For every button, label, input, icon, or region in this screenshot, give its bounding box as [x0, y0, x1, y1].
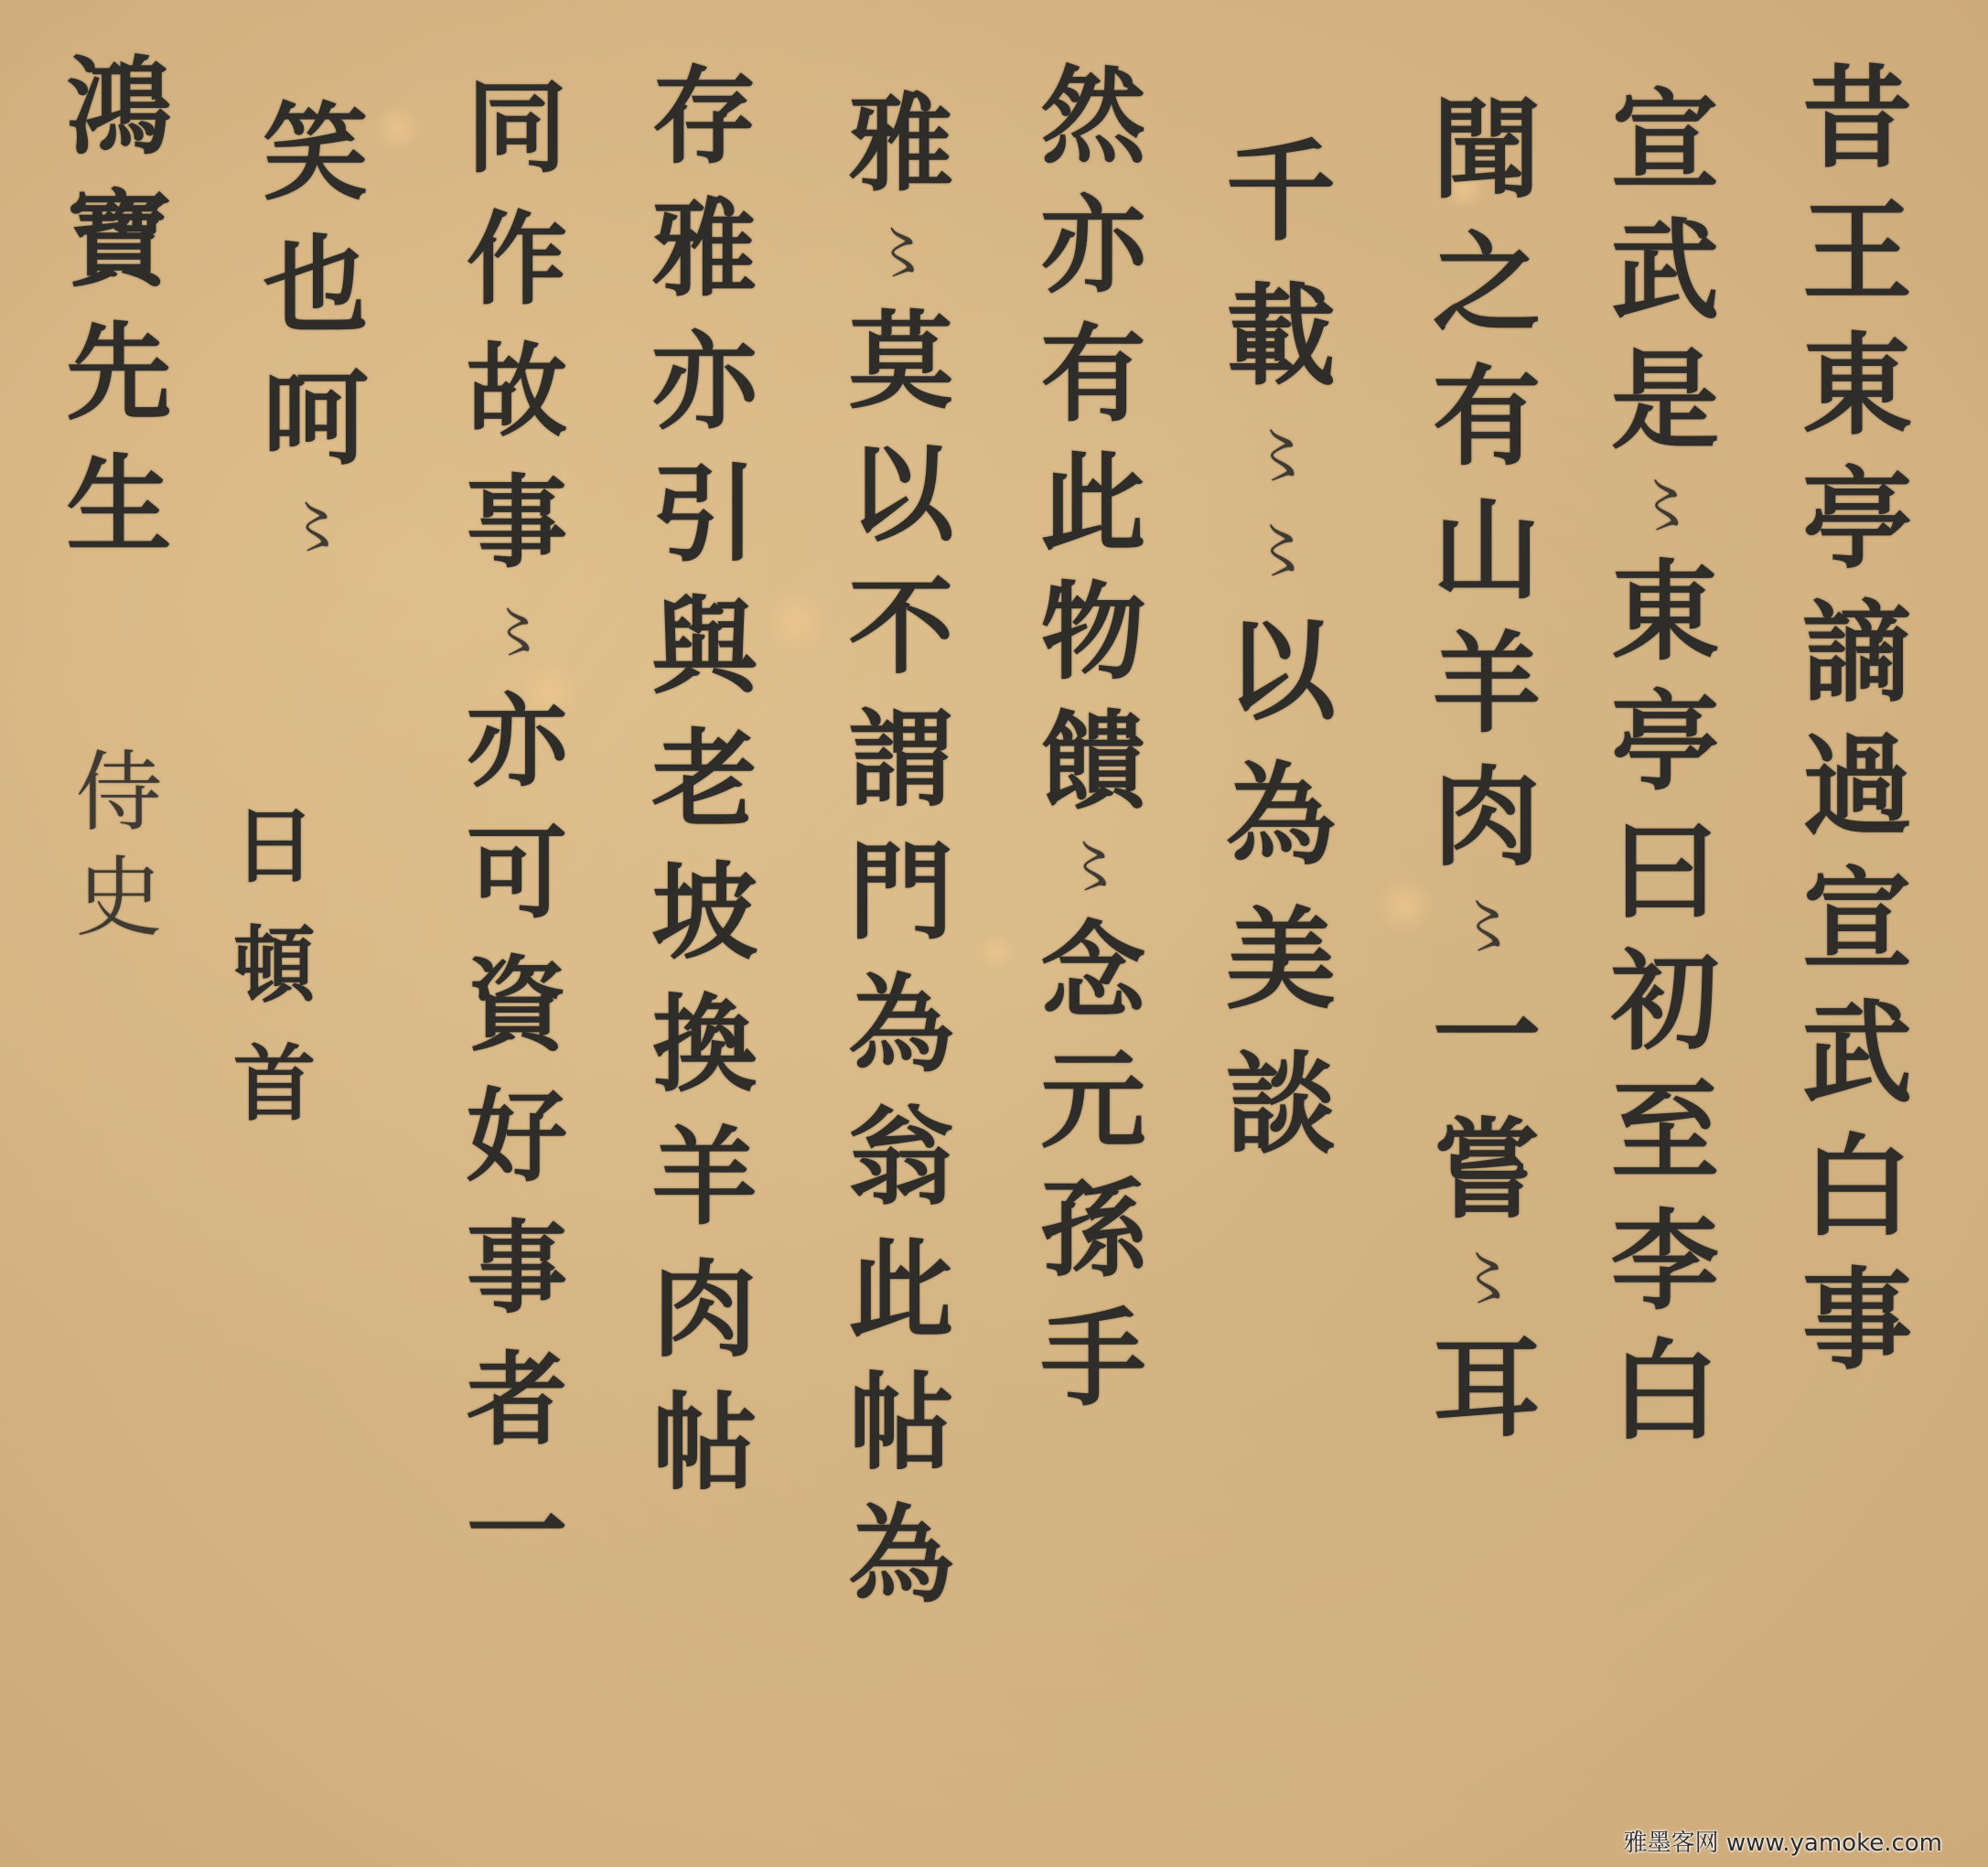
calligraphy-character: 事	[467, 473, 567, 574]
calligraphy-column: 同作故事〻亦可資好事者一	[467, 78, 567, 1614]
calligraphy-character: 事	[467, 1218, 567, 1319]
calligraphy-character: 與	[652, 595, 758, 700]
calligraphy-character: 坡	[652, 860, 758, 965]
calligraphy-character: 武	[1802, 999, 1912, 1109]
calligraphy-character: 有	[1433, 363, 1541, 471]
calligraphy-character: 謫	[1802, 598, 1912, 708]
calligraphy-character: 日	[233, 805, 316, 887]
site-watermark: 雅墨客网 www.yamoke.com	[1624, 1824, 1942, 1858]
calligraphy-character: 不	[849, 574, 954, 680]
calligraphy-column: 千載〻〻以為美談	[1226, 137, 1336, 1195]
paper-stain	[768, 585, 823, 659]
calligraphy-character: 也	[263, 233, 369, 338]
calligraphy-character: 亦	[652, 329, 758, 435]
calligraphy-character: 元	[1041, 1048, 1146, 1153]
calligraphy-character: 肉	[1433, 764, 1541, 872]
calligraphy-character: 莫	[849, 309, 954, 414]
calligraphy-character: 可	[467, 823, 567, 924]
calligraphy-character: 千	[1226, 137, 1336, 247]
calligraphy-character: 東	[1802, 331, 1912, 441]
calligraphy-character: 門	[849, 840, 954, 945]
calligraphy-column: 昔王東亭謫過宣武白事	[1802, 64, 1912, 1400]
calligraphy-column: 侍史	[76, 750, 163, 960]
calligraphy-character: 引	[652, 462, 758, 567]
calligraphy-character: 雅	[652, 197, 758, 302]
calligraphy-character: 先	[67, 320, 172, 425]
calligraphy-character: 雅	[849, 91, 954, 197]
calligraphy-character: 笑	[263, 101, 369, 206]
calligraphy-character: 為	[849, 1503, 954, 1608]
calligraphy-character: 一	[467, 1482, 567, 1583]
calligraphy-column: 鴻寶先生	[67, 55, 172, 585]
calligraphy-character: 換	[652, 993, 758, 1098]
calligraphy-character: 此	[1041, 451, 1146, 556]
calligraphy-character: 武	[1611, 217, 1719, 325]
calligraphy-character: 李	[1611, 1207, 1719, 1315]
calligraphy-character: 為	[849, 972, 954, 1078]
calligraphy-character: 是	[1611, 347, 1719, 455]
calligraphy-character: 羊	[652, 1125, 758, 1230]
calligraphy-character: 亭	[1802, 465, 1912, 574]
calligraphy-character: 念	[1041, 919, 1146, 1025]
iteration-mark: 〻	[1456, 1250, 1516, 1309]
calligraphy-column: 存雅亦引與老坡換羊肉帖	[652, 64, 758, 1523]
calligraphy-character: 此	[849, 1238, 954, 1343]
calligraphy-character: 昔	[1802, 64, 1912, 174]
calligraphy-character: 侍	[76, 750, 163, 837]
calligraphy-character: 一	[1433, 982, 1541, 1090]
calligraphy-character: 好	[467, 1087, 567, 1187]
calligraphy-character: 物	[1041, 580, 1146, 685]
calligraphy-character: 曰	[1611, 818, 1719, 926]
calligraphy-character: 白	[1802, 1132, 1912, 1242]
calligraphy-character: 呵	[263, 366, 369, 471]
calligraphy-character: 者	[467, 1350, 567, 1451]
calligraphy-character: 耳	[1433, 1335, 1541, 1443]
calligraphy-character: 同	[467, 78, 567, 178]
calligraphy-character: 然	[1041, 64, 1146, 169]
calligraphy-character: 鴻	[67, 55, 172, 160]
paper-stain	[979, 933, 1015, 970]
calligraphy-character: 談	[1226, 1050, 1336, 1160]
calligraphy-character: 嘗	[1433, 1116, 1541, 1224]
calligraphy-column: 聞之有山羊肉〻一嘗〻耳	[1433, 96, 1541, 1468]
calligraphy-character: 聞	[1433, 96, 1541, 204]
calligraphy-column: 然亦有此物饋〻念元孫手	[1041, 64, 1146, 1435]
calligraphy-character: 事	[1802, 1266, 1912, 1376]
calligraphy-character: 山	[1433, 497, 1541, 605]
calligraphy-character: 王	[1802, 198, 1912, 307]
calligraphy-character: 宣	[1802, 865, 1912, 975]
calligraphy-column: 笑也呵〻	[263, 101, 369, 584]
calligraphy-character: 頓	[233, 924, 316, 1006]
calligraphy-character: 翁	[849, 1105, 954, 1210]
calligraphy-character: 亭	[1611, 688, 1719, 796]
calligraphy-character: 以	[1226, 617, 1336, 726]
calligraphy-character: 肉	[652, 1258, 758, 1363]
iteration-mark: 〻	[1456, 897, 1516, 957]
calligraphy-character: 饋	[1041, 709, 1146, 814]
calligraphy-character: 首	[233, 1043, 316, 1125]
calligraphy-character: 亦	[1041, 193, 1146, 298]
calligraphy-character: 羊	[1433, 630, 1541, 738]
calligraphy-character: 以	[849, 442, 954, 547]
calligraphy-column: 雅〻莫以不謂門為翁此帖為	[849, 91, 954, 1636]
calligraphy-character: 東	[1611, 558, 1719, 666]
calligraphy-character: 帖	[652, 1390, 758, 1496]
calligraphy-character: 孫	[1041, 1177, 1146, 1282]
calligraphy-character: 之	[1433, 230, 1541, 338]
iteration-mark: 〻	[873, 224, 930, 282]
calligraphy-column: 宣武是〻東亭曰初至李白	[1611, 87, 1719, 1467]
calligraphy-character: 作	[467, 209, 567, 310]
iteration-mark: 〻	[1065, 838, 1123, 896]
calligraphy-column: 日頓首	[233, 805, 316, 1162]
calligraphy-character: 有	[1041, 322, 1146, 427]
calligraphy-character: 資	[467, 955, 567, 1056]
calligraphy-character: 手	[1041, 1306, 1146, 1411]
calligraphy-character: 白	[1611, 1337, 1719, 1445]
calligraphy-character: 故	[467, 341, 567, 442]
calligraphy-character: 存	[652, 64, 758, 169]
paper-stain	[371, 105, 425, 151]
calligraphy-character: 亦	[467, 692, 567, 792]
calligraphy-character: 生	[67, 453, 172, 558]
calligraphy-character: 寶	[67, 188, 172, 293]
iteration-mark: 〻	[1251, 426, 1311, 487]
calligraphy-character: 謂	[849, 707, 954, 812]
calligraphy-character: 宣	[1611, 87, 1719, 195]
calligraphy-character: 老	[652, 727, 758, 832]
iteration-mark: 〻	[1251, 521, 1311, 582]
iteration-mark: 〻	[489, 605, 544, 660]
calligraphy-character: 初	[1611, 948, 1719, 1056]
calligraphy-character: 載	[1226, 282, 1336, 392]
calligraphy-character: 為	[1226, 761, 1336, 871]
calligraphy-character: 過	[1802, 732, 1912, 842]
calligraphy-character: 帖	[849, 1370, 954, 1475]
iteration-mark: 〻	[287, 499, 345, 556]
calligraphy-character: 美	[1226, 906, 1336, 1015]
iteration-mark: 〻	[1635, 477, 1694, 536]
calligraphy-character: 史	[76, 855, 163, 942]
calligraphy-character: 至	[1611, 1078, 1719, 1186]
paper-stain	[1372, 878, 1436, 933]
